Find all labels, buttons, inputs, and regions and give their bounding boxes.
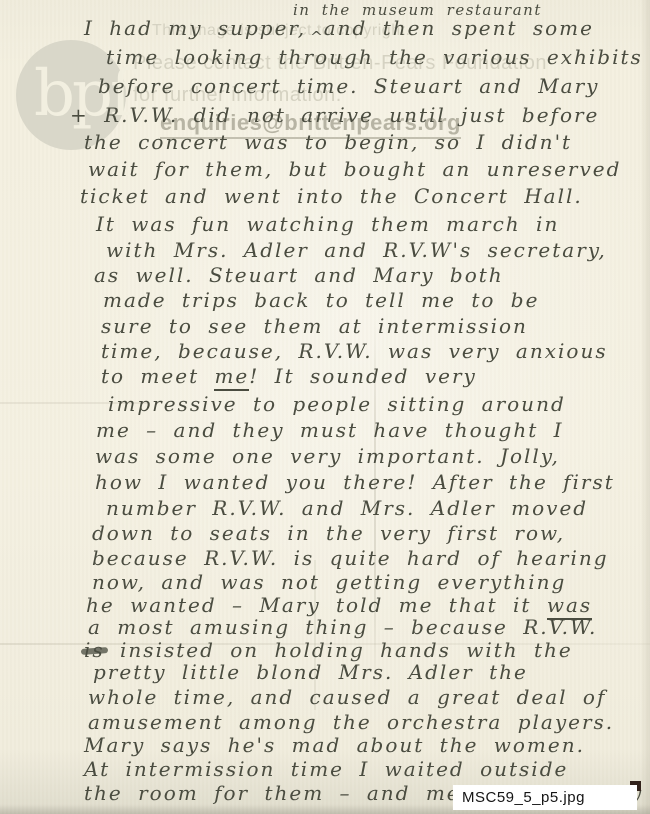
letter-line: At intermission time I waited outside (84, 757, 568, 781)
letter-line: with Mrs. Adler and R.V.W's secretary, (106, 238, 607, 262)
insertion-caret-icon: ^ (310, 28, 323, 46)
letter-line: me – and they must have thought I (96, 418, 564, 442)
letter-line: + R.V.W. did not arrive until just befor… (70, 103, 599, 127)
letter-line: It was fun watching them march in (96, 212, 559, 236)
letter-line: time, because, R.V.W. was very anxious (101, 339, 608, 363)
letter-line: Mary says he's mad about the women. (84, 733, 585, 757)
letter-line: he wanted – Mary told me that it was (86, 593, 592, 617)
letter-line: wait for them, but bought an unreserved (88, 157, 621, 181)
letter-line: is insisted on holding hands with the (84, 638, 573, 662)
letter-line: number R.V.W. and Mrs. Adler moved (106, 496, 588, 520)
letter-line: whole time, and caused a great deal of (88, 685, 606, 709)
letter-line: impressive to people sitting around (108, 392, 566, 416)
letter-line: as well. Steuart and Mary both (94, 263, 504, 287)
letter-line: I had my supper,^and then spent some (84, 16, 594, 46)
letter-line: time looking through the various exhibit… (106, 45, 643, 69)
letter-line: ticket and went into the Concert Hall. (80, 184, 583, 208)
letter-line: before concert time. Steuart and Mary (98, 74, 599, 98)
letter-line: a most amusing thing – because R.V.W. (88, 615, 597, 639)
filename-label: MSC59_5_p5.jpg (453, 785, 637, 810)
letter-line: because R.V.W. is quite hard of hearing (92, 546, 609, 570)
letter-line-text: ! It sounded very (249, 364, 477, 388)
letter-line: down to seats in the very first row, (92, 521, 565, 545)
letter-line: pretty little blond Mrs. Adler the (93, 660, 528, 684)
letter-line-text: he wanted – Mary told me that it (86, 593, 547, 617)
letter-line-text: to meet (101, 364, 214, 388)
letter-line: amusement among the orchestra players. (88, 710, 614, 734)
letter-line: to meet me! It sounded very (101, 364, 477, 388)
letter-line-text: and then spent some (324, 16, 594, 40)
paper-edge-shadow (640, 0, 650, 814)
letter-line-text: I had my supper, (84, 16, 306, 40)
letter-line: was some one very important. Jolly, (95, 444, 560, 468)
letter-line: now, and was not getting everything (92, 570, 566, 594)
underlined-word: me (214, 364, 249, 391)
letter-line-text: insisted on holding hands with the (105, 638, 573, 662)
letter-line: made trips back to tell me to be (103, 288, 539, 312)
scanned-letter-page: bpf This image is subject to copyright. … (0, 0, 650, 814)
letter-line: sure to see them at intermission (101, 314, 528, 338)
struck-out-word: is (84, 638, 105, 662)
letter-line: the concert was to begin, so I didn't (84, 130, 572, 154)
letter-line: how I wanted you there! After the first (95, 470, 615, 494)
